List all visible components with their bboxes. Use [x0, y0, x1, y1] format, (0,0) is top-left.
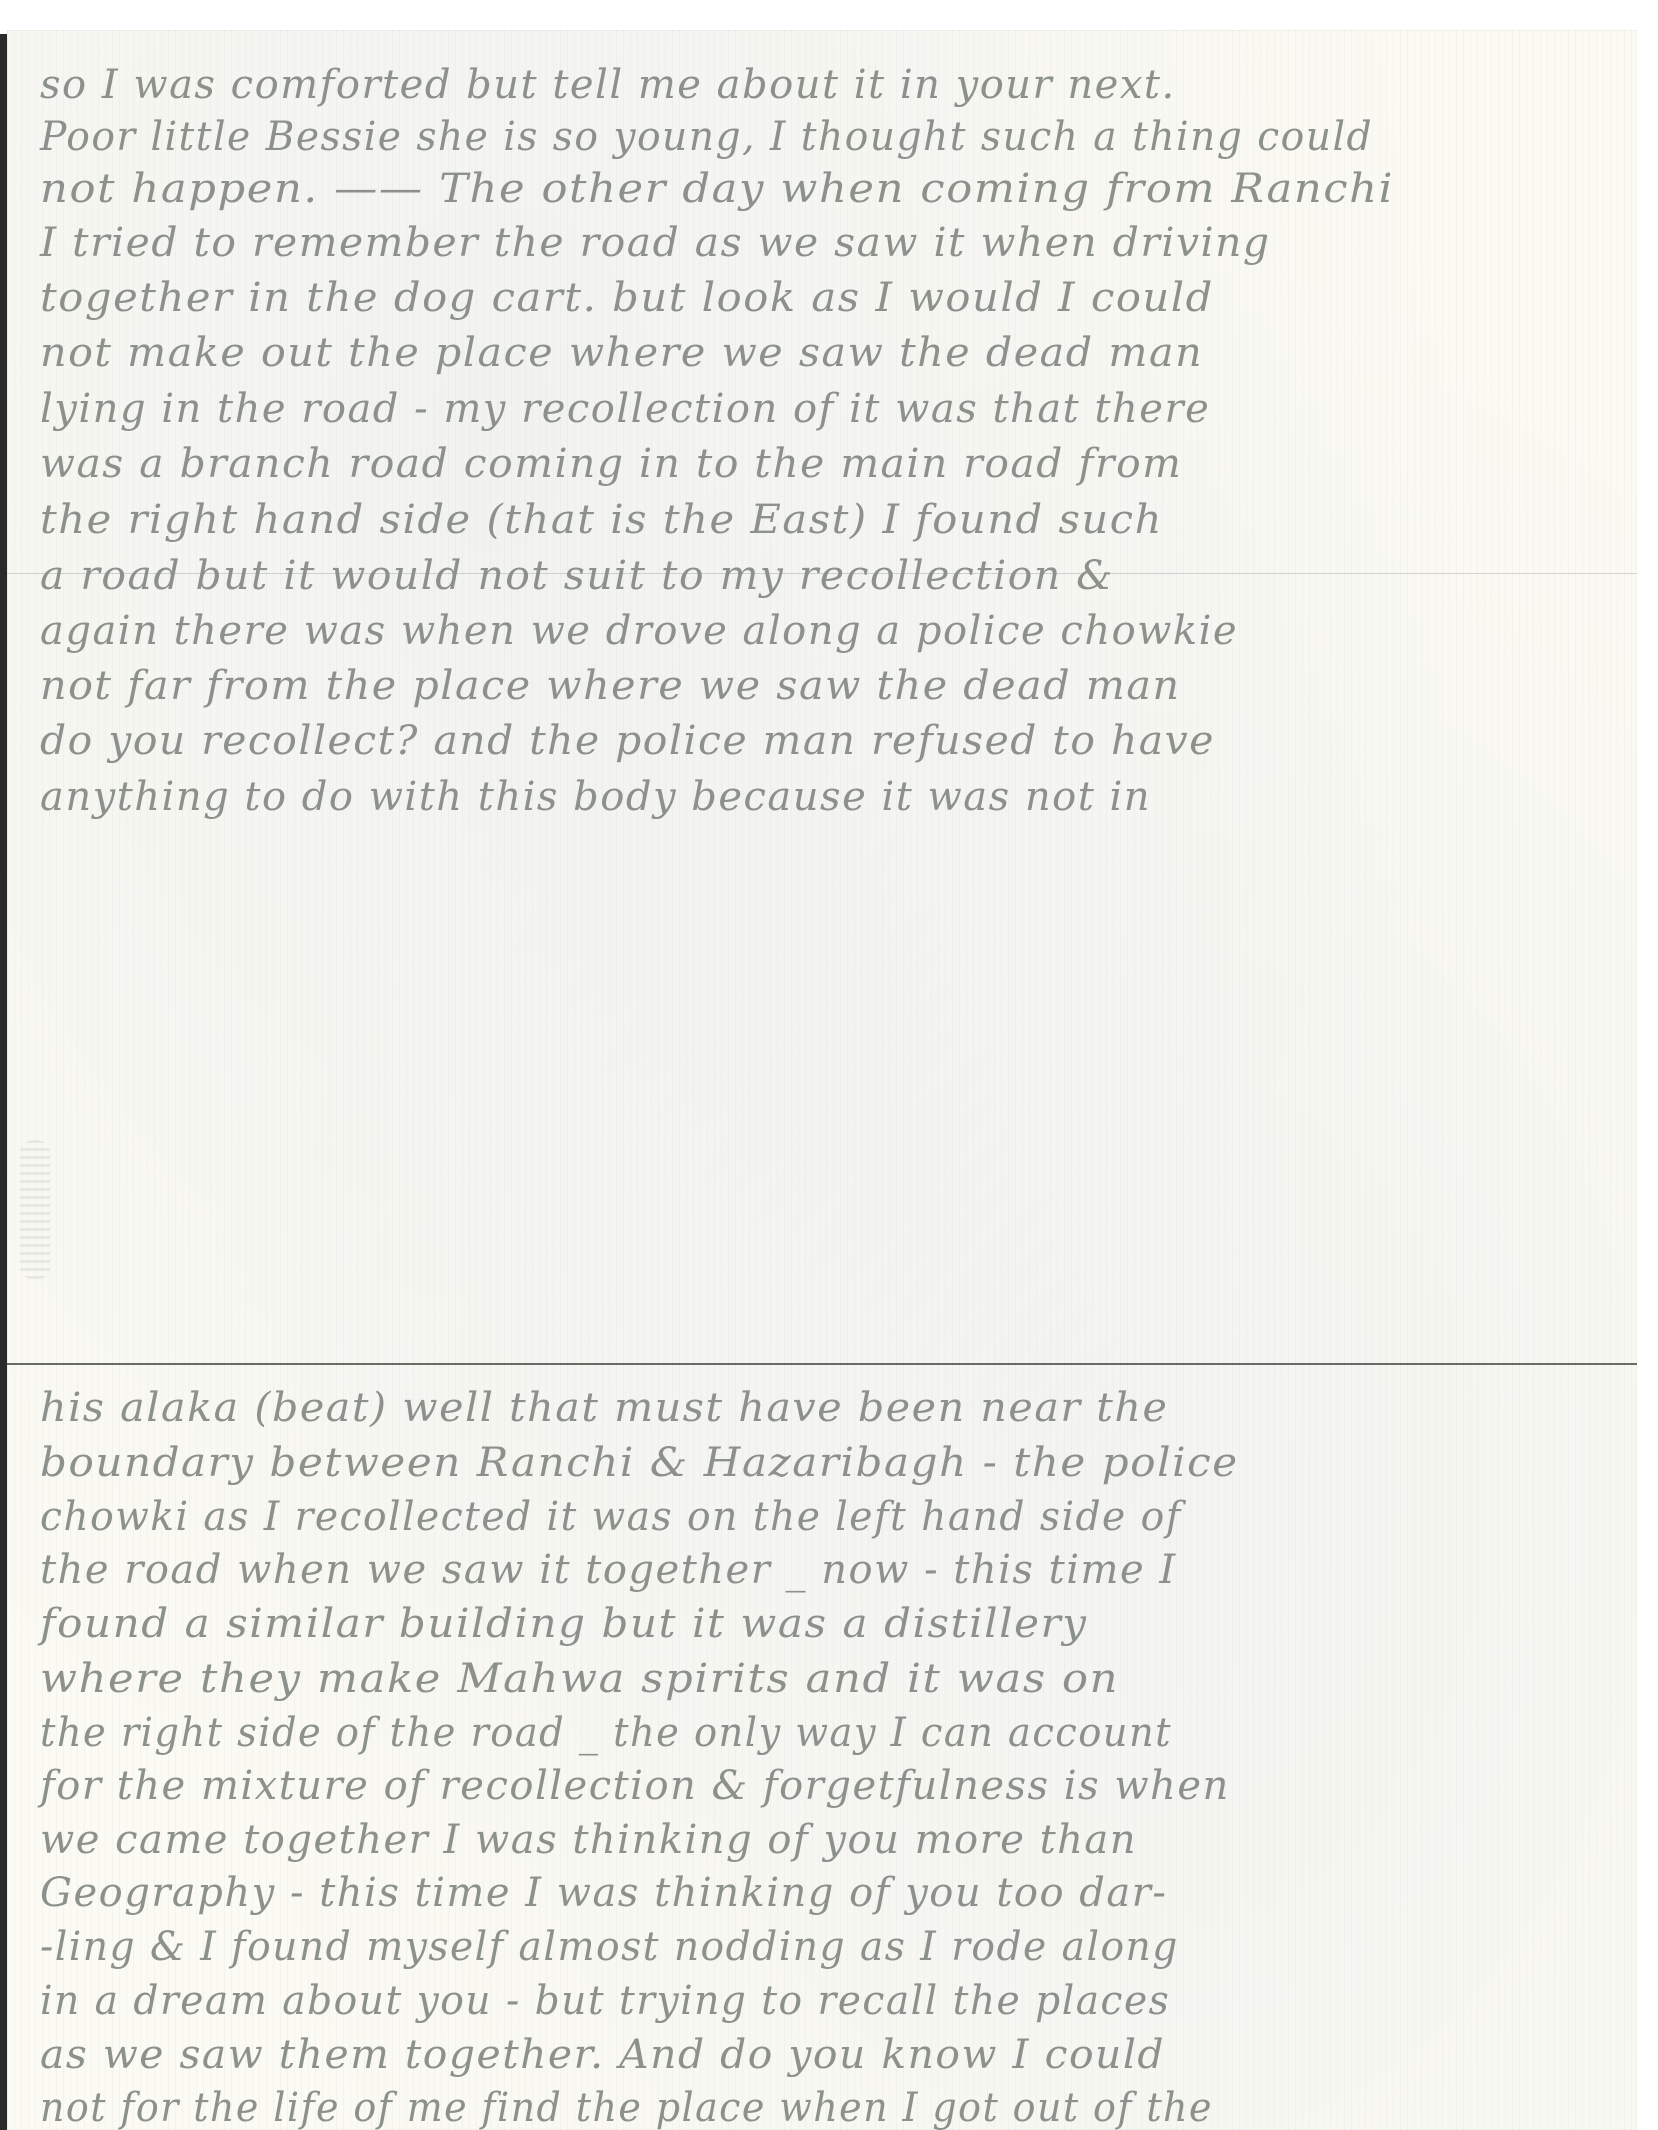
text-line: not make out the place where we saw the … [40, 330, 1203, 376]
text-line: lying in the road - my recollection of i… [40, 386, 1210, 432]
text-line: where they make Mahwa spirits and it was… [40, 1656, 1119, 1702]
text-line: boundary between Ranchi & Hazaribagh - t… [40, 1440, 1239, 1486]
text-line: so I was comforted but tell me about it … [40, 62, 1176, 108]
embossed-stamp-mark [20, 1140, 50, 1280]
text-line: his alaka (beat) well that must have bee… [40, 1385, 1168, 1431]
text-line: chowki as I recollected it was on the le… [40, 1494, 1182, 1540]
text-line: Poor little Bessie she is so young, I th… [40, 114, 1373, 160]
scan-left-edge [0, 34, 7, 2130]
text-line: -ling & I found myself almost nodding as… [40, 1924, 1179, 1970]
text-line: I tried to remember the road as we saw i… [40, 220, 1271, 266]
text-line: together in the dog cart. but look as I … [40, 275, 1214, 321]
text-line: not far from the place where we saw the … [40, 663, 1181, 709]
text-line: do you recollect? and the police man ref… [40, 718, 1215, 764]
text-line: again there was when we drove along a po… [40, 608, 1238, 654]
text-line: the right hand side (that is the East) I… [40, 497, 1163, 543]
text-line: a road but it would not suit to my recol… [40, 553, 1114, 599]
text-line: found a similar building but it was a di… [40, 1601, 1088, 1647]
text-line: anything to do with this body because it… [40, 774, 1151, 820]
text-line: in a dream about you - but trying to rec… [40, 1978, 1170, 2024]
text-line: Geography - this time I was thinking of … [40, 1870, 1167, 1916]
text-line: was a branch road coming in to the main … [40, 441, 1182, 487]
text-line: for the mixture of recollection & forget… [40, 1763, 1230, 1809]
text-line: the road when we saw it together _ now -… [40, 1547, 1177, 1593]
text-line: the right side of the road _ the only wa… [40, 1710, 1172, 1756]
text-line: as we saw them together. And do you know… [40, 2032, 1165, 2078]
text-line: not happen. —— The other day when coming… [40, 166, 1394, 212]
text-line: we came together I was thinking of you m… [40, 1817, 1137, 1863]
text-line: not for the life of me find the place wh… [40, 2085, 1213, 2130]
fold-line [7, 1363, 1637, 1365]
